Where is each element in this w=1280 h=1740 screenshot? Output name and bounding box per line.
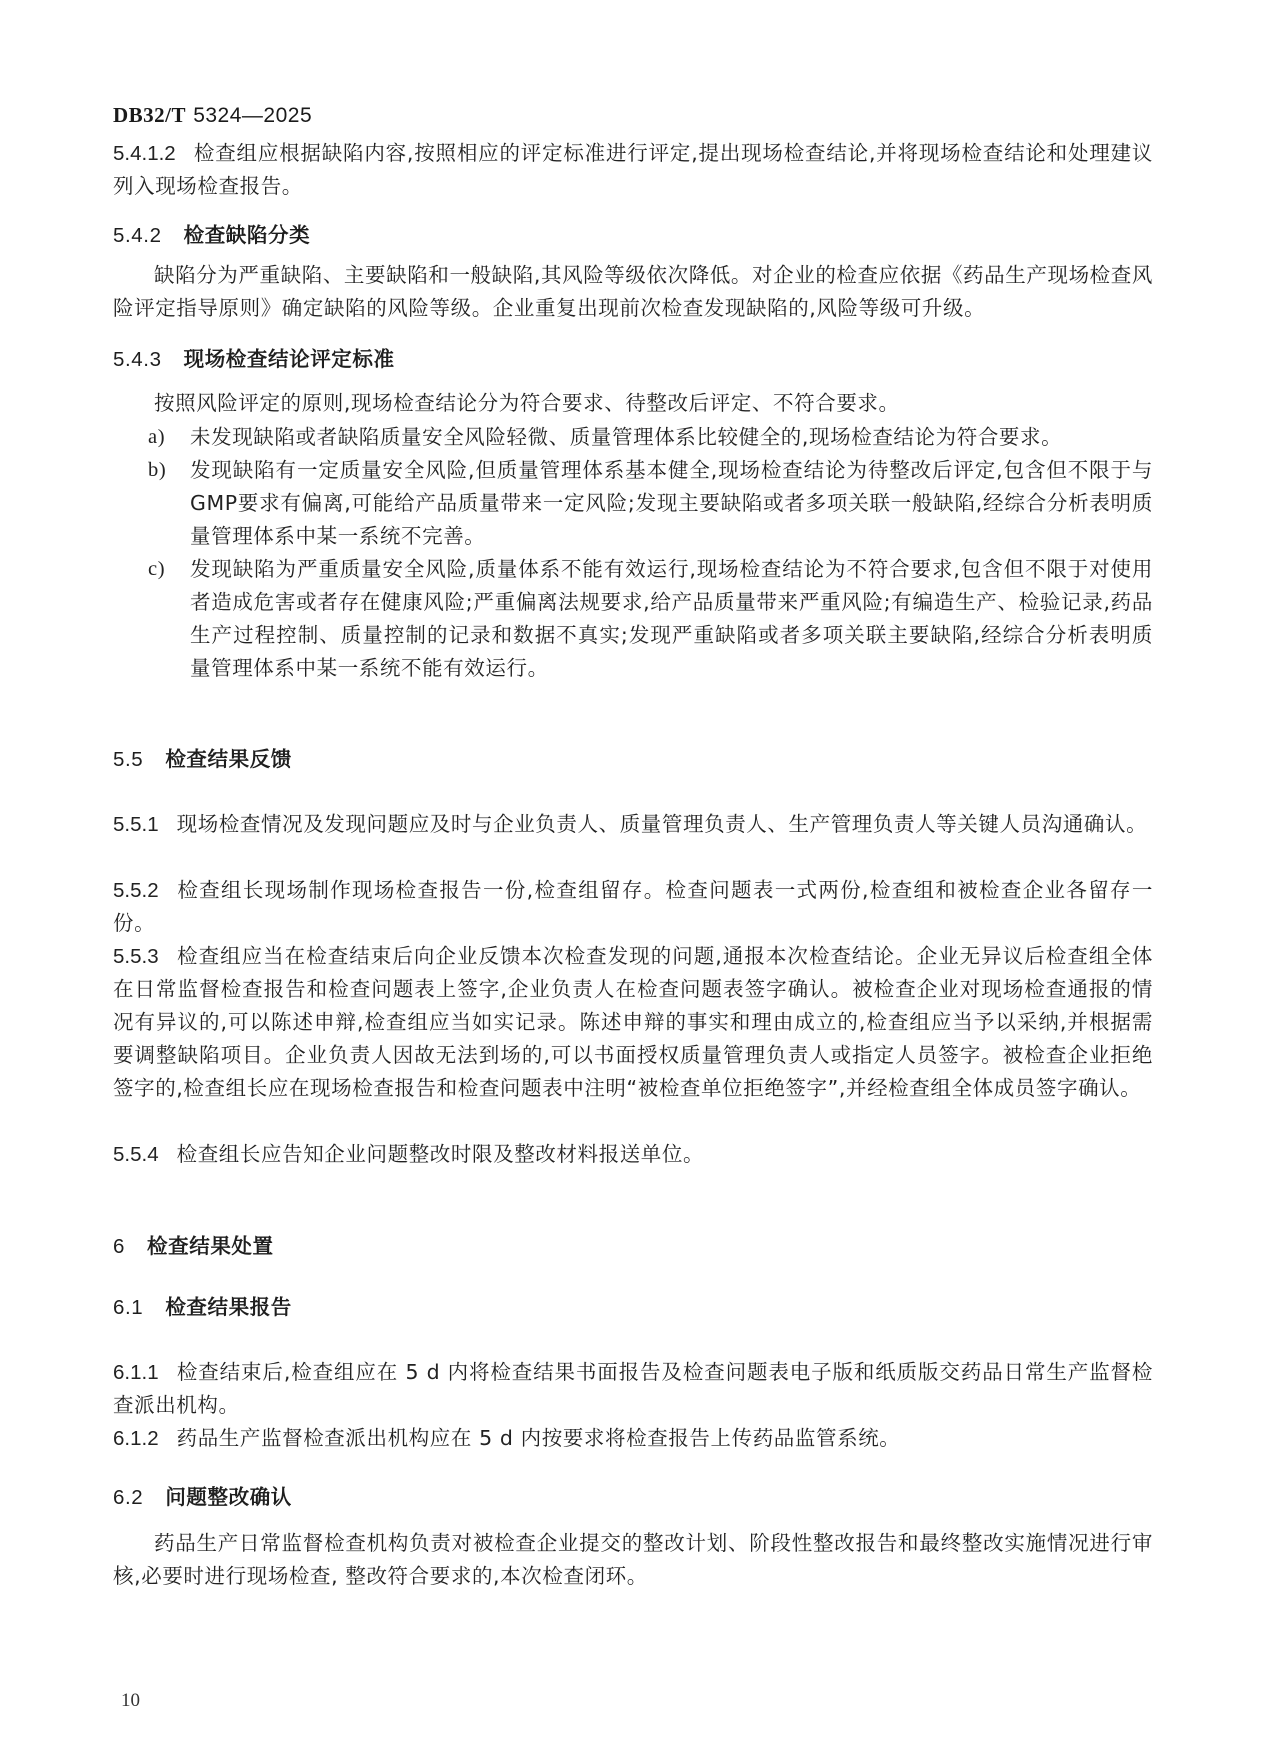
heading-title: 检查缺陷分类	[184, 223, 311, 247]
heading-number: 5.4.3	[113, 348, 162, 371]
clause-text: 检查组长应告知企业问题整改时限及整改材料报送单位。	[177, 1142, 705, 1166]
clause-number: 5.4.1.2	[113, 142, 176, 165]
heading-5-5: 5.5检查结果反馈	[113, 742, 292, 772]
clause-text: 现场检查情况及发现问题应及时与企业负责人、质量管理负责人、生产管理负责人等关键人…	[177, 812, 1148, 836]
clause-5-4-1-2: 5.4.1.2检查组应根据缺陷内容,按照相应的评定标准进行评定,提出现场检查结论…	[113, 137, 1153, 203]
clause-5-5-1: 5.5.1现场检查情况及发现问题应及时与企业负责人、质量管理负责人、生产管理负责…	[113, 808, 1153, 841]
heading-number: 6.2	[113, 1486, 143, 1509]
heading-title: 检查结果报告	[165, 1295, 292, 1319]
clause-5-5-3: 5.5.3检查组应当在检查结束后向企业反馈本次检查发现的问题,通报本次检查结论。…	[113, 940, 1153, 1105]
heading-number: 5.5	[113, 748, 143, 771]
list-marker: a)	[148, 421, 165, 454]
heading-number: 5.4.2	[113, 224, 162, 247]
heading-6-2: 6.2问题整改确认	[113, 1480, 292, 1510]
paragraph-6-2: 药品生产日常监督检查机构负责对被检查企业提交的整改计划、阶段性整改报告和最终整改…	[113, 1527, 1153, 1593]
clause-number: 5.5.4	[113, 1143, 159, 1166]
heading-title: 现场检查结论评定标准	[184, 347, 395, 371]
clause-text: 检查结束后,检查组应在 5 d 内将检查结果书面报告及检查问题表电子版和纸质版交…	[113, 1360, 1153, 1417]
list-item-text: 发现缺陷有一定质量安全风险,但质量管理体系基本健全,现场检查结论为待整改后评定,…	[190, 458, 1153, 548]
list-item-text: 发现缺陷为严重质量安全风险,质量体系不能有效运行,现场检查结论为不符合要求,包含…	[190, 557, 1153, 680]
clause-text: 检查组长现场制作现场检查报告一份,检查组留存。检查问题表一式两份,检查组和被检查…	[113, 878, 1153, 935]
heading-number: 6	[113, 1235, 125, 1258]
heading-6-1: 6.1检查结果报告	[113, 1290, 292, 1320]
clause-text: 检查组应根据缺陷内容,按照相应的评定标准进行评定,提出现场检查结论,并将现场检查…	[113, 141, 1153, 198]
clause-5-5-4: 5.5.4检查组长应告知企业问题整改时限及整改材料报送单位。	[113, 1138, 1153, 1171]
clause-number: 6.1.1	[113, 1361, 159, 1384]
heading-5-4-2: 5.4.2检查缺陷分类	[113, 218, 310, 248]
clause-number: 5.5.2	[113, 879, 159, 902]
heading-title: 检查结果处置	[147, 1234, 274, 1258]
list-item-c: c) 发现缺陷为严重质量安全风险,质量体系不能有效运行,现场检查结论为不符合要求…	[148, 553, 1153, 685]
heading-number: 6.1	[113, 1296, 143, 1319]
doc-code-number: 5324—2025	[193, 104, 312, 127]
clause-6-1-1: 6.1.1检查结束后,检查组应在 5 d 内将检查结果书面报告及检查问题表电子版…	[113, 1356, 1153, 1422]
document-page: DB32/T 5324—2025 5.4.1.2检查组应根据缺陷内容,按照相应的…	[0, 0, 1280, 1740]
list-item-b: b) 发现缺陷有一定质量安全风险,但质量管理体系基本健全,现场检查结论为待整改后…	[148, 454, 1153, 553]
doc-code-prefix: DB32/T	[113, 103, 186, 127]
document-code: DB32/T 5324—2025	[113, 103, 312, 128]
paragraph-5-4-2: 缺陷分为严重缺陷、主要缺陷和一般缺陷,其风险等级依次降低。对企业的检查应依据《药…	[113, 259, 1153, 325]
clause-6-1-2: 6.1.2药品生产监督检查派出机构应在 5 d 内按要求将检查报告上传药品监管系…	[113, 1422, 1153, 1455]
clause-number: 6.1.2	[113, 1427, 159, 1450]
paragraph-5-4-3-intro: 按照风险评定的原则,现场检查结论分为符合要求、待整改后评定、不符合要求。	[113, 387, 1153, 420]
page-number: 10	[121, 1690, 140, 1712]
heading-6: 6检查结果处置	[113, 1229, 274, 1259]
heading-5-4-3: 5.4.3现场检查结论评定标准	[113, 342, 395, 372]
clause-5-5-2: 5.5.2检查组长现场制作现场检查报告一份,检查组留存。检查问题表一式两份,检查…	[113, 874, 1153, 940]
list-item-a: a) 未发现缺陷或者缺陷质量安全风险轻微、质量管理体系比较健全的,现场检查结论为…	[148, 421, 1153, 454]
heading-title: 问题整改确认	[165, 1485, 292, 1509]
clause-number: 5.5.1	[113, 813, 159, 836]
list-marker: c)	[148, 553, 165, 586]
list-item-text: 未发现缺陷或者缺陷质量安全风险轻微、质量管理体系比较健全的,现场检查结论为符合要…	[190, 425, 1062, 449]
list-marker: b)	[148, 454, 166, 487]
clause-text: 检查组应当在检查结束后向企业反馈本次检查发现的问题,通报本次检查结论。企业无异议…	[113, 944, 1153, 1100]
clause-number: 5.5.3	[113, 945, 159, 968]
heading-title: 检查结果反馈	[165, 747, 292, 771]
clause-text: 药品生产监督检查派出机构应在 5 d 内按要求将检查报告上传药品监管系统。	[177, 1426, 901, 1450]
